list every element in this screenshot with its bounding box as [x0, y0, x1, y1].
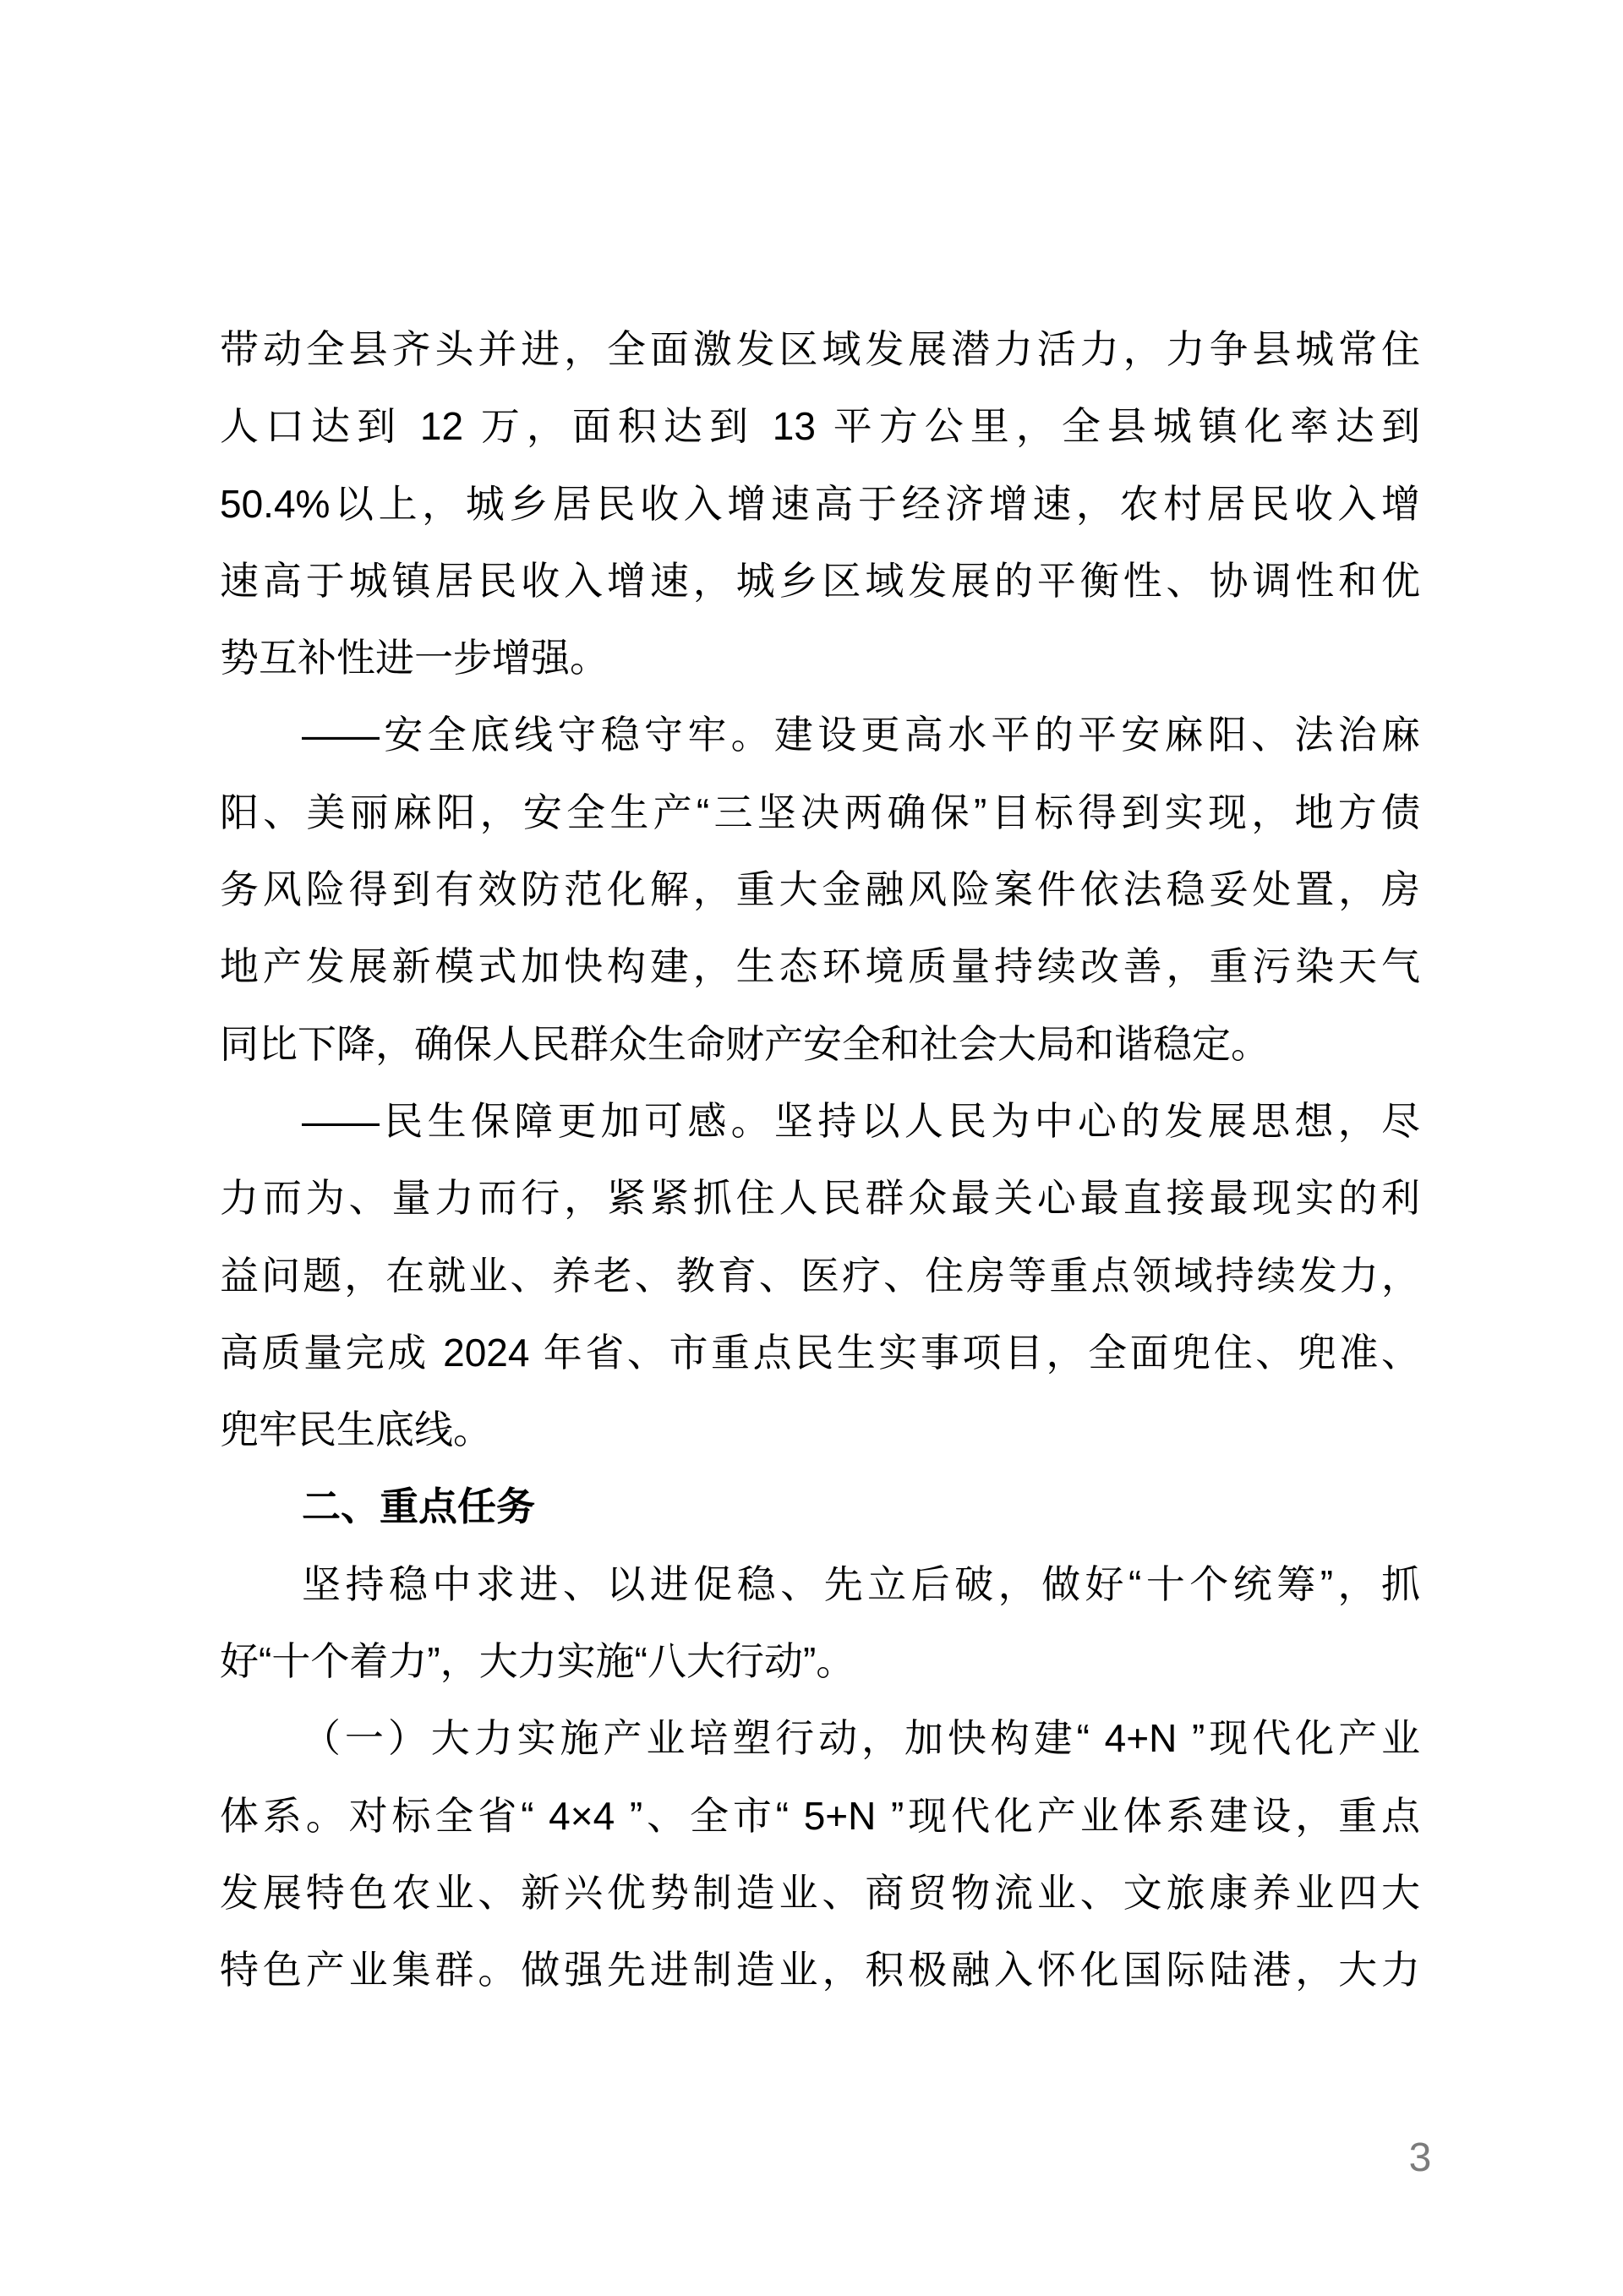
document-page: 带动全县齐头并进，全面激发区域发展潜力活力，力争县城常住人口达到 12 万，面积…	[0, 0, 1623, 2296]
text-line: 二、重点任务	[220, 1468, 1420, 1545]
text-line: 好“十个着力”，大力实施“八大行动”。	[220, 1623, 1420, 1700]
text-line: 带动全县齐头并进，全面激发区域发展潜力活力，力争县城常住	[220, 311, 1420, 388]
text-line: 同比下降，确保人民群众生命财产安全和社会大局和谐稳定。	[220, 1006, 1420, 1083]
text-line: 坚持稳中求进、以进促稳、先立后破，做好“十个统筹”，抓	[220, 1546, 1420, 1623]
text-line: 发展特色农业、新兴优势制造业、商贸物流业、文旅康养业四大	[220, 1855, 1420, 1932]
text-line: 势互补性进一步增强。	[220, 620, 1420, 697]
text-line: 力而为、量力而行，紧紧抓住人民群众最关心最直接最现实的利	[220, 1160, 1420, 1237]
text-line: 地产发展新模式加快构建，生态环境质量持续改善，重污染天气	[220, 928, 1420, 1005]
text-line: 速高于城镇居民收入增速，城乡区域发展的平衡性、协调性和优	[220, 543, 1420, 620]
text-line: 50.4%以上，城乡居民收入增速高于经济增速，农村居民收入增	[220, 466, 1420, 543]
text-line: 体系。对标全省“ 4×4 ”、全市“ 5+N ”现代化产业体系建设，重点	[220, 1778, 1420, 1855]
text-line: ——安全底线守稳守牢。建设更高水平的平安麻阳、法治麻	[220, 697, 1420, 774]
text-line: 特色产业集群。做强先进制造业，积极融入怀化国际陆港，大力	[220, 1932, 1420, 2009]
text-line: 高质量完成 2024 年省、市重点民生实事项目，全面兜住、兜准、	[220, 1315, 1420, 1391]
text-line: ——民生保障更加可感。坚持以人民为中心的发展思想，尽	[220, 1083, 1420, 1160]
text-line: 阳、美丽麻阳，安全生产“三坚决两确保”目标得到实现，地方债	[220, 774, 1420, 851]
text-line: 人口达到 12 万，面积达到 13 平方公里，全县城镇化率达到	[220, 388, 1420, 465]
text-line: （一）大力实施产业培塑行动，加快构建“ 4+N ”现代化产业	[220, 1700, 1420, 1777]
page-number: 3	[1386, 2133, 1454, 2184]
text-line: 益问题，在就业、养老、教育、医疗、住房等重点领域持续发力，	[220, 1238, 1420, 1315]
text-line: 务风险得到有效防范化解，重大金融风险案件依法稳妥处置，房	[220, 851, 1420, 928]
text-line: 兜牢民生底线。	[220, 1391, 1420, 1468]
document-body: 带动全县齐头并进，全面激发区域发展潜力活力，力争县城常住人口达到 12 万，面积…	[220, 311, 1420, 2009]
